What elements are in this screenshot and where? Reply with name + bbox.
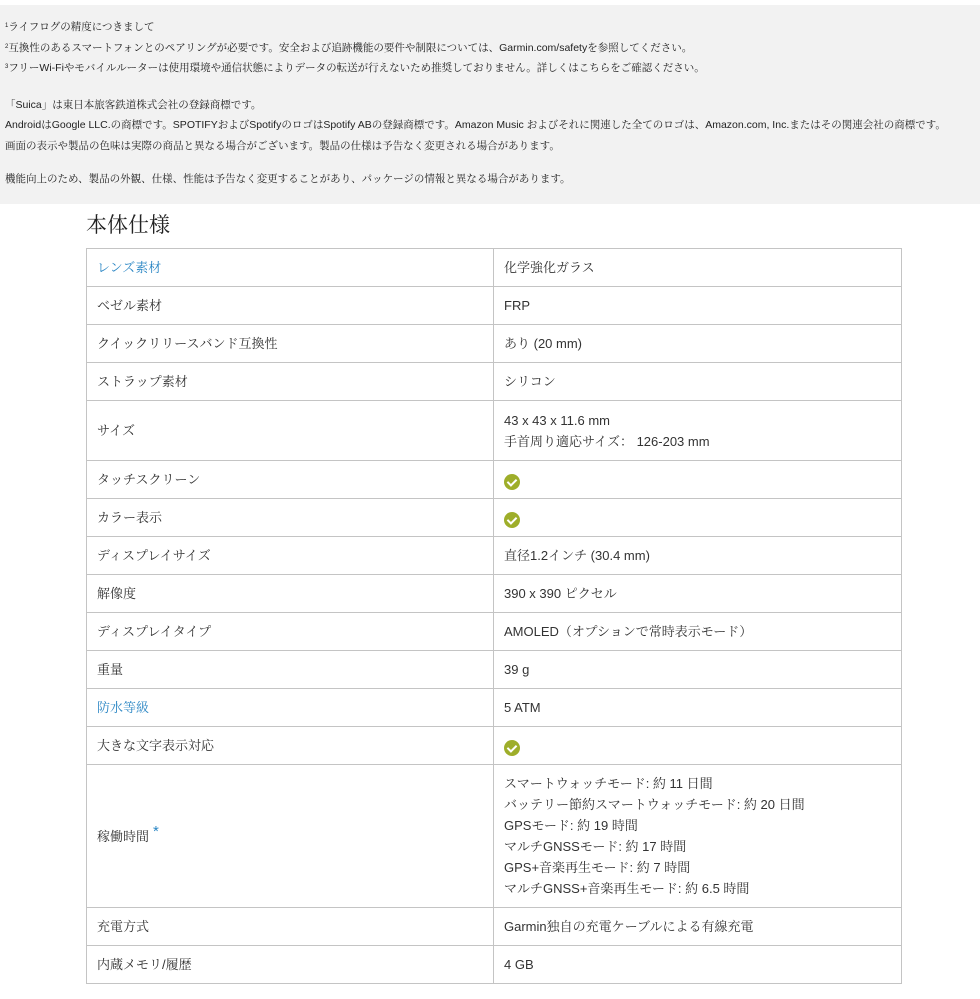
spec-value-line: 43 x 43 x 11.6 mm <box>504 410 891 431</box>
spec-row-color-display: カラー表示 <box>87 499 902 537</box>
spec-value-line: バッテリー節約スマートウォッチモード: 約 20 日間 <box>504 794 891 815</box>
spec-value <box>494 727 902 765</box>
spec-value <box>494 499 902 537</box>
spec-label: 稼働時間 <box>97 829 149 844</box>
spec-row-size: サイズ 43 x 43 x 11.6 mm 手首周り適応サイズ： 126-203… <box>87 401 902 461</box>
disclaimer-display-color: 画面の表示や製品の色味は実際の商品と異なる場合がございます。製品の仕様は予告なく… <box>5 136 980 157</box>
spec-value-line: マルチGNSSモード: 約 17 時間 <box>504 836 891 857</box>
spec-value: 4 GB <box>494 946 902 984</box>
spec-value: 39 g <box>494 651 902 689</box>
spec-value-line: スマートウォッチモード: 約 11 日間 <box>504 773 891 794</box>
spec-value: 390 x 390 ピクセル <box>494 575 902 613</box>
spec-value-line: マルチGNSS+音楽再生モード: 約 6.5 時間 <box>504 878 891 899</box>
spec-value: スマートウォッチモード: 約 11 日間 バッテリー節約スマートウォッチモード:… <box>494 765 902 908</box>
asterisk-footnote-icon[interactable]: * <box>153 823 159 840</box>
spec-row-touchscreen: タッチスクリーン <box>87 461 902 499</box>
spec-row-weight: 重量 39 g <box>87 651 902 689</box>
spec-value <box>494 461 902 499</box>
spec-label: タッチスクリーン <box>87 461 494 499</box>
trademark-suica: 「Suica」は東日本旅客鉄道株式会社の登録商標です。 <box>5 95 980 116</box>
spec-label: サイズ <box>87 401 494 461</box>
spec-value: シリコン <box>494 363 902 401</box>
spec-value: 5 ATM <box>494 689 902 727</box>
spec-row-bezel: ベゼル素材 FRP <box>87 287 902 325</box>
spec-row-battery-life: 稼働時間* スマートウォッチモード: 約 11 日間 バッテリー節約スマートウォ… <box>87 765 902 908</box>
footnotes-panel: 1ライフログの精度につきまして 2互換性のあるスマートフォンとのペアリングが必要… <box>0 5 980 204</box>
spec-label: ベゼル素材 <box>87 287 494 325</box>
spec-label: 大きな文字表示対応 <box>87 727 494 765</box>
spec-row-memory: 内蔵メモリ/履歴 4 GB <box>87 946 902 984</box>
spec-value: Garmin独自の充電ケーブルによる有線充電 <box>494 908 902 946</box>
spec-label-cell: 稼働時間* <box>87 765 494 908</box>
spec-label: 内蔵メモリ/履歴 <box>87 946 494 984</box>
spacer <box>5 156 980 169</box>
spec-value: 直径1.2インチ (30.4 mm) <box>494 537 902 575</box>
spec-label: クイックリリースバンド互換性 <box>87 325 494 363</box>
spec-label-link[interactable]: 防水等級 <box>97 700 149 715</box>
spacer <box>5 79 980 95</box>
specs-table: レンズ素材 化学強化ガラス ベゼル素材 FRP クイックリリースバンド互換性 あ… <box>86 248 902 984</box>
spec-row-display-type: ディスプレイタイプ AMOLED（オプションで常時表示モード） <box>87 613 902 651</box>
spec-label: ディスプレイタイプ <box>87 613 494 651</box>
footnote-1: 1ライフログの精度につきまして <box>5 17 980 38</box>
disclaimer-specs-change: 機能向上のため、製品の外観、仕様、性能は予告なく変更することがあり、パッケージの… <box>5 169 980 190</box>
spec-row-charging: 充電方式 Garmin独自の充電ケーブルによる有線充電 <box>87 908 902 946</box>
spec-row-large-font: 大きな文字表示対応 <box>87 727 902 765</box>
spec-value: あり (20 mm) <box>494 325 902 363</box>
spec-row-water-rating: 防水等級 5 ATM <box>87 689 902 727</box>
spec-label: 重量 <box>87 651 494 689</box>
spec-value: 化学強化ガラス <box>494 249 902 287</box>
specs-section: 本体仕様 レンズ素材 化学強化ガラス ベゼル素材 FRP クイックリリースバンド… <box>86 204 902 984</box>
spec-row-resolution: 解像度 390 x 390 ピクセル <box>87 575 902 613</box>
trademark-android-spotify-amazon: AndroidはGoogle LLC.の商標です。SPOTIFYおよびSpoti… <box>5 115 980 136</box>
spec-row-display-size: ディスプレイサイズ 直径1.2インチ (30.4 mm) <box>87 537 902 575</box>
footnote-2: 2互換性のあるスマートフォンとのペアリングが必要です。安全および追跡機能の要件や… <box>5 38 980 59</box>
spec-row-lens: レンズ素材 化学強化ガラス <box>87 249 902 287</box>
spec-row-quick-release: クイックリリースバンド互換性 あり (20 mm) <box>87 325 902 363</box>
spec-label: ストラップ素材 <box>87 363 494 401</box>
spec-value: AMOLED（オプションで常時表示モード） <box>494 613 902 651</box>
spec-row-strap: ストラップ素材 シリコン <box>87 363 902 401</box>
spec-value-line: GPSモード: 約 19 時間 <box>504 815 891 836</box>
spec-label: ディスプレイサイズ <box>87 537 494 575</box>
spec-value-line: 手首周り適応サイズ： 126-203 mm <box>504 431 891 452</box>
spec-label: カラー表示 <box>87 499 494 537</box>
spec-value-line: GPS+音楽再生モード: 約 7 時間 <box>504 857 891 878</box>
spec-label-link[interactable]: レンズ素材 <box>97 260 161 275</box>
check-circle-icon <box>504 474 520 490</box>
spec-value: FRP <box>494 287 902 325</box>
check-circle-icon <box>504 512 520 528</box>
spec-value: 43 x 43 x 11.6 mm 手首周り適応サイズ： 126-203 mm <box>494 401 902 461</box>
footnote-3: 3フリーWi-Fiやモバイルルーターは使用環境や通信状態によりデータの転送が行え… <box>5 58 980 79</box>
specs-title: 本体仕様 <box>86 204 902 248</box>
check-circle-icon <box>504 740 520 756</box>
spec-label: 充電方式 <box>87 908 494 946</box>
spec-label: 解像度 <box>87 575 494 613</box>
